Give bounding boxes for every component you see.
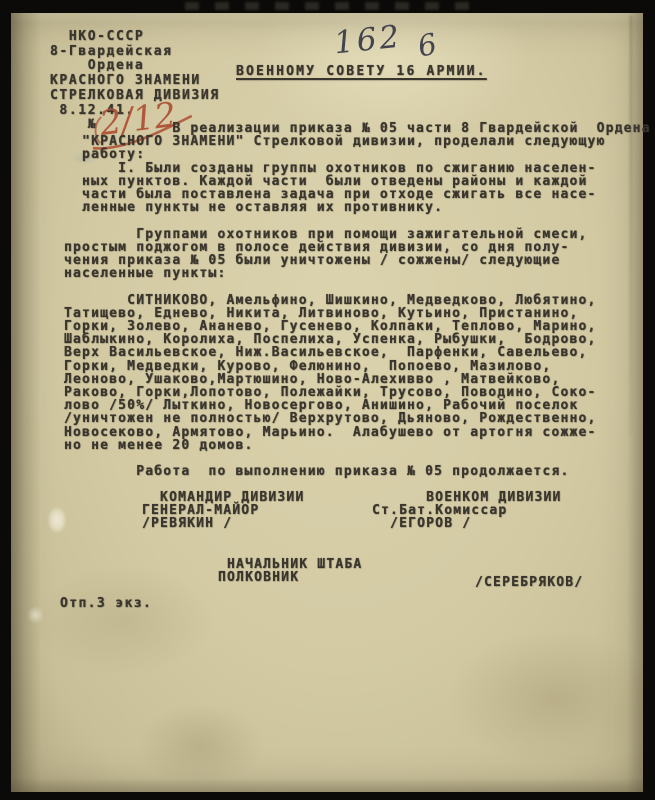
signature-chief-of-staff-name: /СЕРЕБРЯКОВ/ [475,576,583,589]
paper-defect-spot [27,606,44,624]
handwritten-page-number: 162 [332,19,404,62]
signature-division-commander: КОМАНДИР ДИВИЗИИ ГЕНЕРАЛ-МАЙОР /РЕВЯКИН … [142,491,304,531]
scanned-document-page: { "document": { "registration": { "page_… [0,0,655,800]
paper-defect-spot [47,506,67,534]
signature-division-commissar: ВОЕНКОМ ДИВИЗИИ Ст.Бат.Комиссар /ЕГОРОВ … [372,491,562,531]
recipient-line: ВОЕННОМУ СОВЕТУ 16 АРМИИ. [236,64,487,79]
copies-note: Отп.3 экз. [60,596,152,611]
report-body-text: В реализации приказа № 05 части 8 Гварде… [64,122,651,478]
signature-chief-of-staff: НАЧАЛЬНИК ШТАБА ПОЛКОВНИК [218,558,362,584]
scan-top-edge-remnant [185,2,475,10]
